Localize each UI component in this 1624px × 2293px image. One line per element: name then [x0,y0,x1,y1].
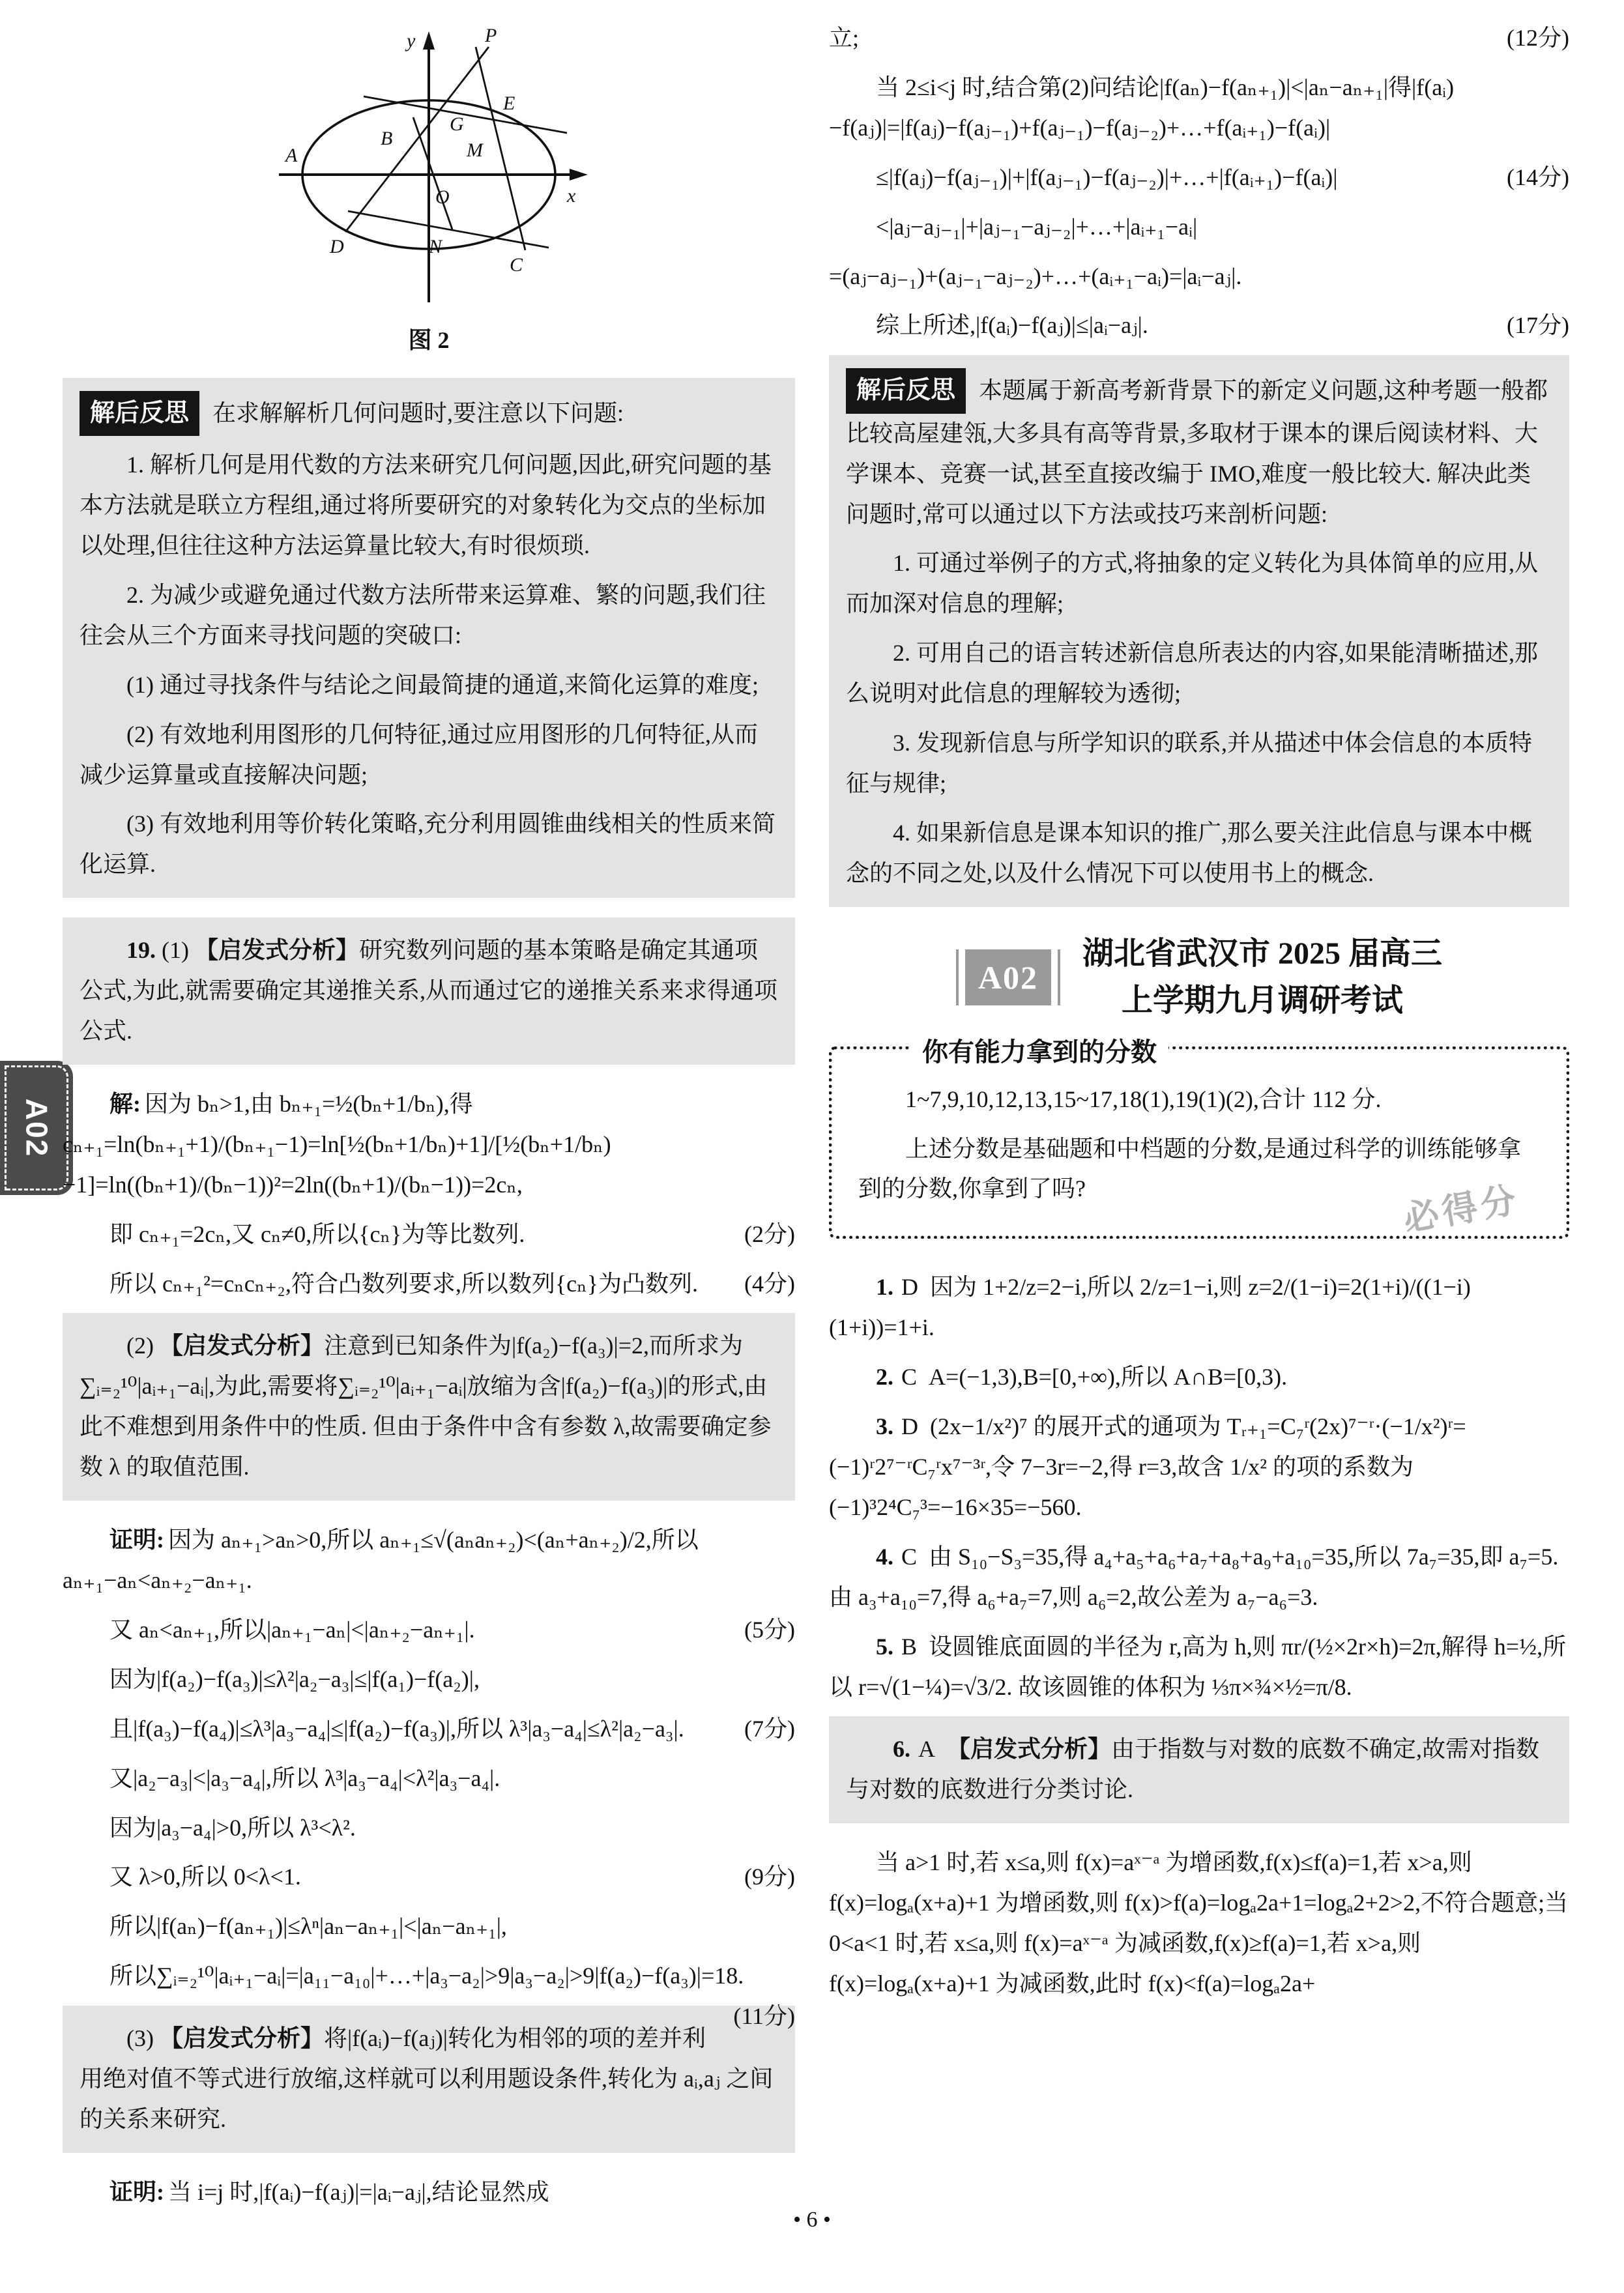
proof-line: =(aⱼ−aⱼ₋₁)+(aⱼ₋₁−aⱼ₋₂)+…+(aᵢ₊₁−aᵢ)=|aᵢ−a… [829,257,1569,297]
answer-letter: D [901,1413,918,1439]
part-number: (2) [126,1333,154,1359]
figure-label-x: x [566,185,576,207]
proof-line: 又 λ>0,所以 0<λ<1.(9分) [63,1857,795,1897]
reflection-label: 解后反思 [80,391,199,436]
answer-number: 4. [876,1544,893,1570]
heuristic-label: 【启发式分析】 [947,1736,1111,1762]
answer-number: 1. [876,1274,893,1300]
reflection-item: (1) 通过寻找条件与结论之间最简捷的通道,来简化运算的难度; [80,665,778,706]
answer-letter: A [918,1736,935,1762]
exam-title-line1: 湖北省武汉市 2025 届高三 [1082,930,1442,977]
reflection-item: 1. 解析几何是用代数的方法来研究几何问题,因此,研究问题的基本方法就是联立方程… [80,445,778,566]
left-column: y x P E B G M A O D N C 图 2 解后反思在求解解析几何问… [63,18,795,2222]
score-box-title: 你有能力拿到的分数 [910,1030,1168,1075]
figure-2: y x P E B G M A O D N C 图 2 [233,18,624,361]
answer-number: 3. [876,1413,893,1439]
exam-title: 湖北省武汉市 2025 届高三 上学期九月调研考试 [1082,930,1442,1024]
score-mark: (7分) [744,1709,795,1750]
score-mark: (11分) [733,1997,795,2037]
proof-line: 又|a₂−a₃|<|a₃−a₄|,所以 λ³|a₃−a₄|<λ²|a₃−a₄|. [63,1759,795,1799]
ellipse-diagram: y x P E B G M A O D N C [233,18,624,305]
analysis-19-3: (3) 【启发式分析】将|f(aᵢ)−f(aⱼ)|转化为相邻的项的差并利用绝对值… [80,2019,778,2140]
proof-line: 因为|f(a₂)−f(a₃)|≤λ²|a₂−a₃|≤|f(a₁)−f(a₂)|, [63,1660,795,1700]
answer-letter: C [901,1544,917,1570]
proof-line: 又 aₙ<aₙ₊₁,所以|aₙ₊₁−aₙ|<|aₙ₊₂−aₙ₊₁|.(5分) [63,1610,795,1651]
score-mark: (4分) [744,1264,795,1305]
proof-lead: 证明: [109,1527,164,1553]
y-axis-arrow-icon [423,31,435,50]
reflection-item: 1. 可通过举例子的方式,将抽象的定义转化为具体简单的应用,从而加深对信息的理解… [846,543,1552,624]
reflection-item: (2) 有效地利用图形的几何特征,通过应用图形的几何特征,从而减少运算量或直接解… [80,715,778,796]
answer-item: 1.D因为 1+2/z=2−i,所以 2/z=1−i,则 z=2/(1−i)=2… [829,1267,1569,1348]
part-number: (1) [162,937,189,963]
figure-label-P: P [484,25,497,46]
analysis-box-19-2: (2) 【启发式分析】注意到已知条件为|f(a₂)−f(a₃)|=2,而所求为∑… [63,1313,795,1501]
problem-number: 19. [126,937,156,963]
reflection-item: (3) 有效地利用等价转化策略,充分利用圆锥曲线相关的性质来简化运算. [80,804,778,885]
answer-6-solution: 当 a>1 时,若 x≤a,则 f(x)=aˣ⁻ᵃ 为增函数,f(x)≤f(a)… [829,1843,1569,2004]
figure-label-O: O [435,186,450,208]
solution-line: 即 cₙ₊₁=2cₙ,又 cₙ≠0,所以{cₙ}为等比数列. (2分) [63,1215,795,1255]
x-axis-arrow-icon [570,169,588,180]
answer-number: 6. [893,1736,910,1762]
answer-item: 2.CA=(−1,3),B=[0,+∞),所以 A∩B=[0,3). [829,1357,1569,1398]
exam-title-line2: 上学期九月调研考试 [1082,977,1442,1024]
score-mark: (2分) [744,1215,795,1255]
proof-line: 证明:因为 aₙ₊₁>aₙ>0,所以 aₙ₊₁≤√(aₙaₙ₊₂)<(aₙ+aₙ… [63,1520,795,1601]
answer-letter: C [901,1364,917,1390]
figure-label-M: M [466,139,484,161]
figure-label-y: y [405,30,416,51]
exam-solution-page: A02 y x P E [0,0,1624,2293]
proof-line: 因为|a₃−a₄|>0,所以 λ³<λ². [63,1808,795,1849]
score-mark: (12分) [1507,18,1569,59]
reflection-box-geometry: 解后反思在求解解析几何问题时,要注意以下问题: 1. 解析几何是用代数的方法来研… [63,378,795,898]
proof-19-3-continued: 立;(12分) 当 2≤i<j 时,结合第(2)问结论|f(aₙ)−f(aₙ₊₁… [829,18,1569,346]
score-box-line: 1~7,9,10,12,13,15~17,18(1),19(1)(2),合计 1… [858,1080,1540,1120]
page-number: • 6 • [0,2201,1624,2239]
proof-line: ≤|f(aⱼ)−f(aⱼ₋₁)|+|f(aⱼ₋₁)−f(aⱼ₋₂)|+…+|f(… [829,158,1569,198]
solution-line: 所以 cₙ₊₁²=cₙcₙ₊₂,符合凸数列要求,所以数列{cₙ}为凸数列. (4… [63,1264,795,1305]
solution-body: 解:因为 bₙ>1,由 bₙ₊₁=½(bₙ+1/bₙ),得 cₙ₊₁=ln(bₙ… [63,1084,795,1205]
proof-line: 且|f(a₃)−f(a₄)|≤λ³|a₃−a₄|≤|f(a₂)−f(a₃)|,所… [63,1709,795,1750]
reflection-intro: 解后反思本题属于新高考新背景下的新定义问题,这种考题一般都比较高屋建瓴,大多具有… [846,368,1552,534]
reflection-box-new-definition: 解后反思本题属于新高考新背景下的新定义问题,这种考题一般都比较高屋建瓴,大多具有… [829,355,1569,906]
score-mark: (14分) [1507,158,1569,198]
line-P-C [476,47,525,250]
proof-line: 所以∑ᵢ₌₂¹⁰|aᵢ₊₁−aᵢ|=|a₁₁−a₁₀|+…+|a₃−a₂|>9|… [63,1956,795,1997]
answer-item: 4.C由 S₁₀−S₃=35,得 a₄+a₅+a₆+a₇+a₈+a₉+a₁₀=3… [829,1537,1569,1618]
proof-19-2: 证明:因为 aₙ₊₁>aₙ>0,所以 aₙ₊₁≤√(aₙaₙ₊₂)<(aₙ+aₙ… [63,1520,795,1997]
exam-section-header: A02 湖北省武汉市 2025 届高三 上学期九月调研考试 [829,930,1569,1024]
proof-line: 当 2≤i<j 时,结合第(2)问结论|f(aₙ)−f(aₙ₊₁)|<|aₙ−a… [829,68,1569,149]
reflection-item: 2. 为减少或避免通过代数方法所带来运算难、繁的问题,我们往往会从三个方面来寻找… [80,575,778,656]
exam-code-badge: A02 [965,949,1051,1005]
exam-code-badge-wrap: A02 [956,949,1060,1005]
analysis-box-19-1: 19. (1) 【启发式分析】研究数列问题的基本策略是确定其通项公式,为此,就需… [63,917,795,1065]
figure-label-C: C [510,254,523,276]
right-column: 立;(12分) 当 2≤i<j 时,结合第(2)问结论|f(aₙ)−f(aₙ₊₁… [829,18,1569,2013]
figure-label-E: E [502,93,515,114]
figure-label-D: D [329,236,344,257]
analysis-19-2: (2) 【启发式分析】注意到已知条件为|f(a₂)−f(a₃)|=2,而所求为∑… [80,1326,778,1488]
score-mark: (17分) [1507,306,1569,346]
solution-lead: 解: [109,1091,141,1117]
proof-line: 所以|f(aₙ)−f(aₙ₊₁)|≤λⁿ|aₙ−aₙ₊₁|<|aₙ−aₙ₊₁|, [63,1907,795,1947]
heuristic-label: 【启发式分析】 [195,937,359,963]
answer-letter: B [901,1634,917,1660]
reflection-intro: 解后反思在求解解析几何问题时,要注意以下问题: [80,391,778,436]
answer-letter: D [901,1274,918,1300]
figure-caption: 图 2 [233,321,624,361]
answer-item: 5.B设圆锥底面圆的半径为 r,高为 h,则 πr/(½×2r×h)=2π,解得… [829,1627,1569,1708]
score-mark: (9分) [744,1857,795,1897]
answer-number: 5. [876,1634,893,1660]
line-B-E-secant [364,96,567,133]
analysis-box-19-3: (3) 【启发式分析】将|f(aᵢ)−f(aⱼ)|转化为相邻的项的差并利用绝对值… [63,2006,795,2153]
figure-label-B: B [381,128,392,149]
score-mark: (5分) [744,1610,795,1651]
heuristic-label: 【启发式分析】 [160,2025,324,2051]
answers-list: 1.D因为 1+2/z=2−i,所以 2/z=1−i,则 z=2/(1−i)=2… [829,1267,1569,2004]
figure-label-G: G [450,113,464,135]
answer-number: 2. [876,1364,893,1390]
answer-item: 6.A【启发式分析】由于指数与对数的底数不确定,故需对指数与对数的底数进行分类讨… [846,1729,1552,1810]
proof-line: <|aⱼ−aⱼ₋₁|+|aⱼ₋₁−aⱼ₋₂|+…+|aᵢ₊₁−aᵢ| [829,207,1569,248]
solution-19-1: 解:因为 bₙ>1,由 bₙ₊₁=½(bₙ+1/bₙ),得 cₙ₊₁=ln(bₙ… [63,1084,795,1305]
reflection-item: 4. 如果新信息是课本知识的推广,那么要关注此信息与课本中概念的不同之处,以及什… [846,813,1552,894]
answer-item: 3.D(2x−1/x²)⁷ 的展开式的通项为 Tᵣ₊₁=C₇ʳ(2x)⁷⁻ʳ·(… [829,1407,1569,1528]
reflection-label: 解后反思 [846,368,966,413]
figure-label-N: N [428,236,443,257]
side-tab-label: A02 [10,1099,62,1157]
achievable-score-box: 你有能力拿到的分数 1~7,9,10,12,13,15~17,18(1),19(… [829,1046,1569,1239]
analysis-box-answer-6: 6.A【启发式分析】由于指数与对数的底数不确定,故需对指数与对数的底数进行分类讨… [829,1716,1569,1823]
heuristic-label: 【启发式分析】 [160,1333,324,1359]
figure-label-A: A [284,145,298,166]
proof-line: 综上所述,|f(aᵢ)−f(aⱼ)|≤|aᵢ−aⱼ|.(17分) [829,306,1569,346]
part-number: (3) [126,2025,154,2051]
proof-line: 立;(12分) [829,18,1569,59]
reflection-item: 3. 发现新信息与所学知识的联系,并从描述中体会信息的本质特征与规律; [846,723,1552,804]
analysis-19-1: 19. (1) 【启发式分析】研究数列问题的基本策略是确定其通项公式,为此,就需… [80,930,778,1052]
reflection-item: 2. 可用自己的语言转述新信息所表达的内容,如果能清晰描述,那么说明对此信息的理… [846,633,1552,714]
